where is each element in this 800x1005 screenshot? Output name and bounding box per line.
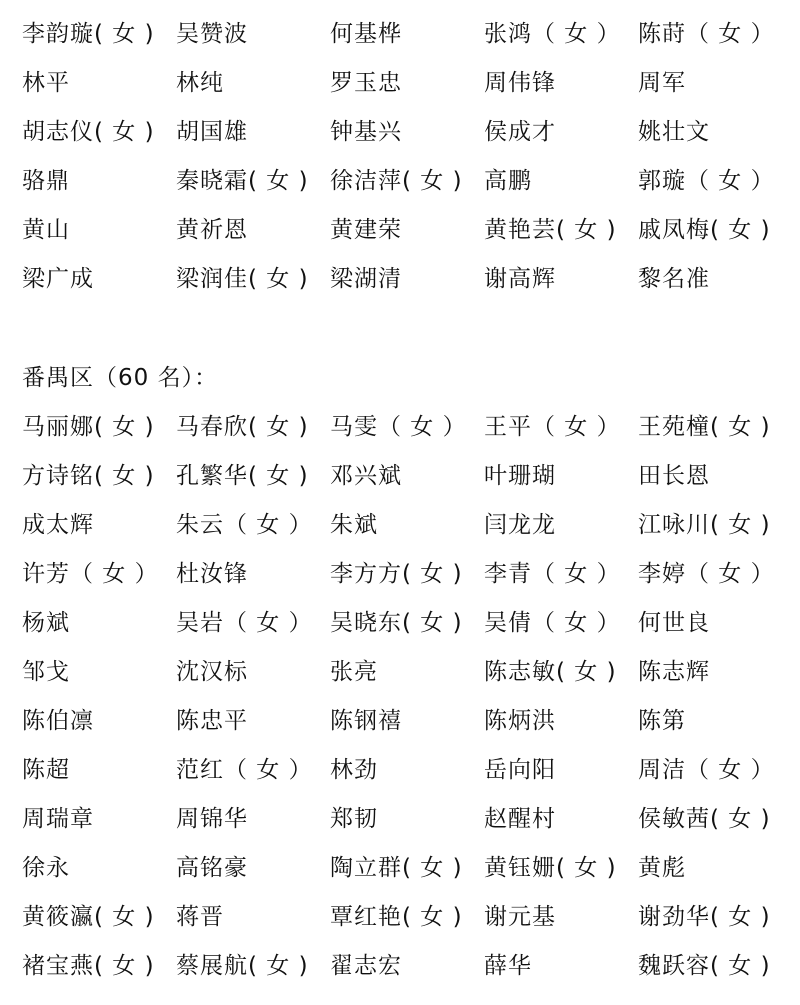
name-entry: 何基桦 (330, 10, 484, 59)
name-entry: 林劲 (330, 746, 484, 795)
name-entry: 邓兴斌 (330, 452, 484, 501)
name-entry: 黄钰姗( 女 ) (484, 844, 638, 893)
name-entry: 黄建荣 (330, 206, 484, 255)
name-row: 许芳（ 女 ）杜汝锋李方方( 女 )李青（ 女 ）李婷（ 女 ） (22, 550, 800, 599)
name-row: 林平林纯罗玉忠周伟锋周军 (22, 59, 800, 108)
name-row: 杨斌吴岩（ 女 ）吴晓东( 女 )吴倩（ 女 ）何世良 (22, 599, 800, 648)
name-row: 陈伯凛陈忠平陈钢禧陈炳洪陈第 (22, 697, 800, 746)
name-entry: 陈伯凛 (22, 697, 176, 746)
name-entry: 陶立群( 女 ) (330, 844, 484, 893)
name-row: 胡志仪( 女 )胡国雄钟基兴侯成才姚壮文 (22, 108, 800, 157)
name-entry: 陈超 (22, 746, 176, 795)
name-entry: 田长恩 (638, 452, 792, 501)
section-header-panyu: 番禺区（60 名）： (22, 354, 218, 403)
name-entry: 马丽娜( 女 ) (22, 403, 176, 452)
name-entry: 郭璇（ 女 ） (638, 157, 792, 206)
name-entry: 覃红艳( 女 ) (330, 893, 484, 942)
name-entry: 黄祈恩 (176, 206, 330, 255)
name-entry: 魏跃容( 女 ) (638, 942, 792, 991)
name-entry: 罗玉忠 (330, 59, 484, 108)
name-row: 褚宝燕( 女 )蔡展航( 女 )翟志宏薛华魏跃容( 女 ) (22, 942, 800, 991)
name-entry: 陈炳洪 (484, 697, 638, 746)
name-row: 李韵璇( 女 )吴赞波何基桦张鸿（ 女 ）陈莳（ 女 ） (22, 10, 800, 59)
name-entry: 张亮 (330, 648, 484, 697)
name-entry: 吴晓东( 女 ) (330, 599, 484, 648)
name-entry: 侯敏茜( 女 ) (638, 795, 792, 844)
name-entry: 叶珊瑚 (484, 452, 638, 501)
name-entry: 骆鼎 (22, 157, 176, 206)
name-entry: 陈忠平 (176, 697, 330, 746)
name-entry: 吴赞波 (176, 10, 330, 59)
name-entry: 陈志辉 (638, 648, 792, 697)
name-entry: 朱斌 (330, 501, 484, 550)
name-entry: 范红（ 女 ） (176, 746, 330, 795)
name-list-top: 李韵璇( 女 )吴赞波何基桦张鸿（ 女 ）陈莳（ 女 ）林平林纯罗玉忠周伟锋周军… (22, 10, 800, 304)
name-entry: 胡志仪( 女 ) (22, 108, 176, 157)
name-entry: 岳向阳 (484, 746, 638, 795)
name-entry: 王平（ 女 ） (484, 403, 638, 452)
name-row: 黄筱瀛( 女 )蒋晋覃红艳( 女 )谢元基谢劲华( 女 ) (22, 893, 800, 942)
name-entry: 马雯（ 女 ） (330, 403, 484, 452)
name-entry: 林纯 (176, 59, 330, 108)
name-entry: 林平 (22, 59, 176, 108)
name-entry: 梁湖清 (330, 255, 484, 304)
name-entry: 马春欣( 女 ) (176, 403, 330, 452)
name-entry: 黄山 (22, 206, 176, 255)
name-entry: 梁润佳( 女 ) (176, 255, 330, 304)
name-entry: 孔繁华( 女 ) (176, 452, 330, 501)
name-entry: 周洁（ 女 ） (638, 746, 792, 795)
name-entry: 赵醒村 (484, 795, 638, 844)
name-entry: 侯成才 (484, 108, 638, 157)
name-entry: 吴倩（ 女 ） (484, 599, 638, 648)
name-entry: 周瑞章 (22, 795, 176, 844)
name-entry: 翟志宏 (330, 942, 484, 991)
name-row: 骆鼎秦晓霜( 女 )徐洁萍( 女 )高鹏郭璇（ 女 ） (22, 157, 800, 206)
name-entry: 徐洁萍( 女 ) (330, 157, 484, 206)
name-entry: 蒋晋 (176, 893, 330, 942)
name-entry: 黄彪 (638, 844, 792, 893)
name-entry: 黎名准 (638, 255, 792, 304)
name-entry: 薛华 (484, 942, 638, 991)
name-row: 黄山黄祈恩黄建荣黄艳芸( 女 )戚凤梅( 女 ) (22, 206, 800, 255)
name-entry: 邹戈 (22, 648, 176, 697)
name-entry: 方诗铭( 女 ) (22, 452, 176, 501)
name-row: 方诗铭( 女 )孔繁华( 女 )邓兴斌叶珊瑚田长恩 (22, 452, 800, 501)
name-entry: 胡国雄 (176, 108, 330, 157)
name-entry: 谢元基 (484, 893, 638, 942)
name-entry: 高鹏 (484, 157, 638, 206)
name-entry: 黄筱瀛( 女 ) (22, 893, 176, 942)
name-entry: 陈钢禧 (330, 697, 484, 746)
name-entry: 沈汉标 (176, 648, 330, 697)
name-entry: 周伟锋 (484, 59, 638, 108)
name-entry: 李方方( 女 ) (330, 550, 484, 599)
name-row: 成太辉朱云（ 女 ）朱斌闫龙龙江咏川( 女 ) (22, 501, 800, 550)
name-entry: 张鸿（ 女 ） (484, 10, 638, 59)
name-row: 徐永高铭豪陶立群( 女 )黄钰姗( 女 )黄彪 (22, 844, 800, 893)
name-entry: 李婷（ 女 ） (638, 550, 792, 599)
name-entry: 谢劲华( 女 ) (638, 893, 792, 942)
name-entry: 许芳（ 女 ） (22, 550, 176, 599)
name-entry: 秦晓霜( 女 ) (176, 157, 330, 206)
name-entry: 王苑橦( 女 ) (638, 403, 792, 452)
name-row: 邹戈沈汉标张亮陈志敏( 女 )陈志辉 (22, 648, 800, 697)
name-entry: 郑韧 (330, 795, 484, 844)
name-entry: 吴岩（ 女 ） (176, 599, 330, 648)
name-entry: 李青（ 女 ） (484, 550, 638, 599)
name-row: 陈超范红（ 女 ）林劲岳向阳周洁（ 女 ） (22, 746, 800, 795)
name-entry: 周锦华 (176, 795, 330, 844)
name-list-panyu: 马丽娜( 女 )马春欣( 女 )马雯（ 女 ）王平（ 女 ）王苑橦( 女 )方诗… (22, 403, 800, 991)
name-entry: 蔡展航( 女 ) (176, 942, 330, 991)
name-row: 梁广成梁润佳( 女 )梁湖清谢高辉黎名准 (22, 255, 800, 304)
name-entry: 陈志敏( 女 ) (484, 648, 638, 697)
name-entry: 褚宝燕( 女 ) (22, 942, 176, 991)
name-entry: 陈莳（ 女 ） (638, 10, 792, 59)
name-entry: 杨斌 (22, 599, 176, 648)
name-entry: 陈第 (638, 697, 792, 746)
name-entry: 朱云（ 女 ） (176, 501, 330, 550)
name-entry: 姚壮文 (638, 108, 792, 157)
name-entry: 杜汝锋 (176, 550, 330, 599)
name-entry: 周军 (638, 59, 792, 108)
name-entry: 成太辉 (22, 501, 176, 550)
name-entry: 徐永 (22, 844, 176, 893)
name-entry: 梁广成 (22, 255, 176, 304)
name-entry: 戚凤梅( 女 ) (638, 206, 792, 255)
name-entry: 谢高辉 (484, 255, 638, 304)
name-row: 马丽娜( 女 )马春欣( 女 )马雯（ 女 ）王平（ 女 ）王苑橦( 女 ) (22, 403, 800, 452)
name-entry: 何世良 (638, 599, 792, 648)
name-entry: 钟基兴 (330, 108, 484, 157)
name-entry: 李韵璇( 女 ) (22, 10, 176, 59)
name-row: 周瑞章周锦华郑韧赵醒村侯敏茜( 女 ) (22, 795, 800, 844)
name-entry: 江咏川( 女 ) (638, 501, 792, 550)
name-entry: 黄艳芸( 女 ) (484, 206, 638, 255)
name-entry: 高铭豪 (176, 844, 330, 893)
name-entry: 闫龙龙 (484, 501, 638, 550)
